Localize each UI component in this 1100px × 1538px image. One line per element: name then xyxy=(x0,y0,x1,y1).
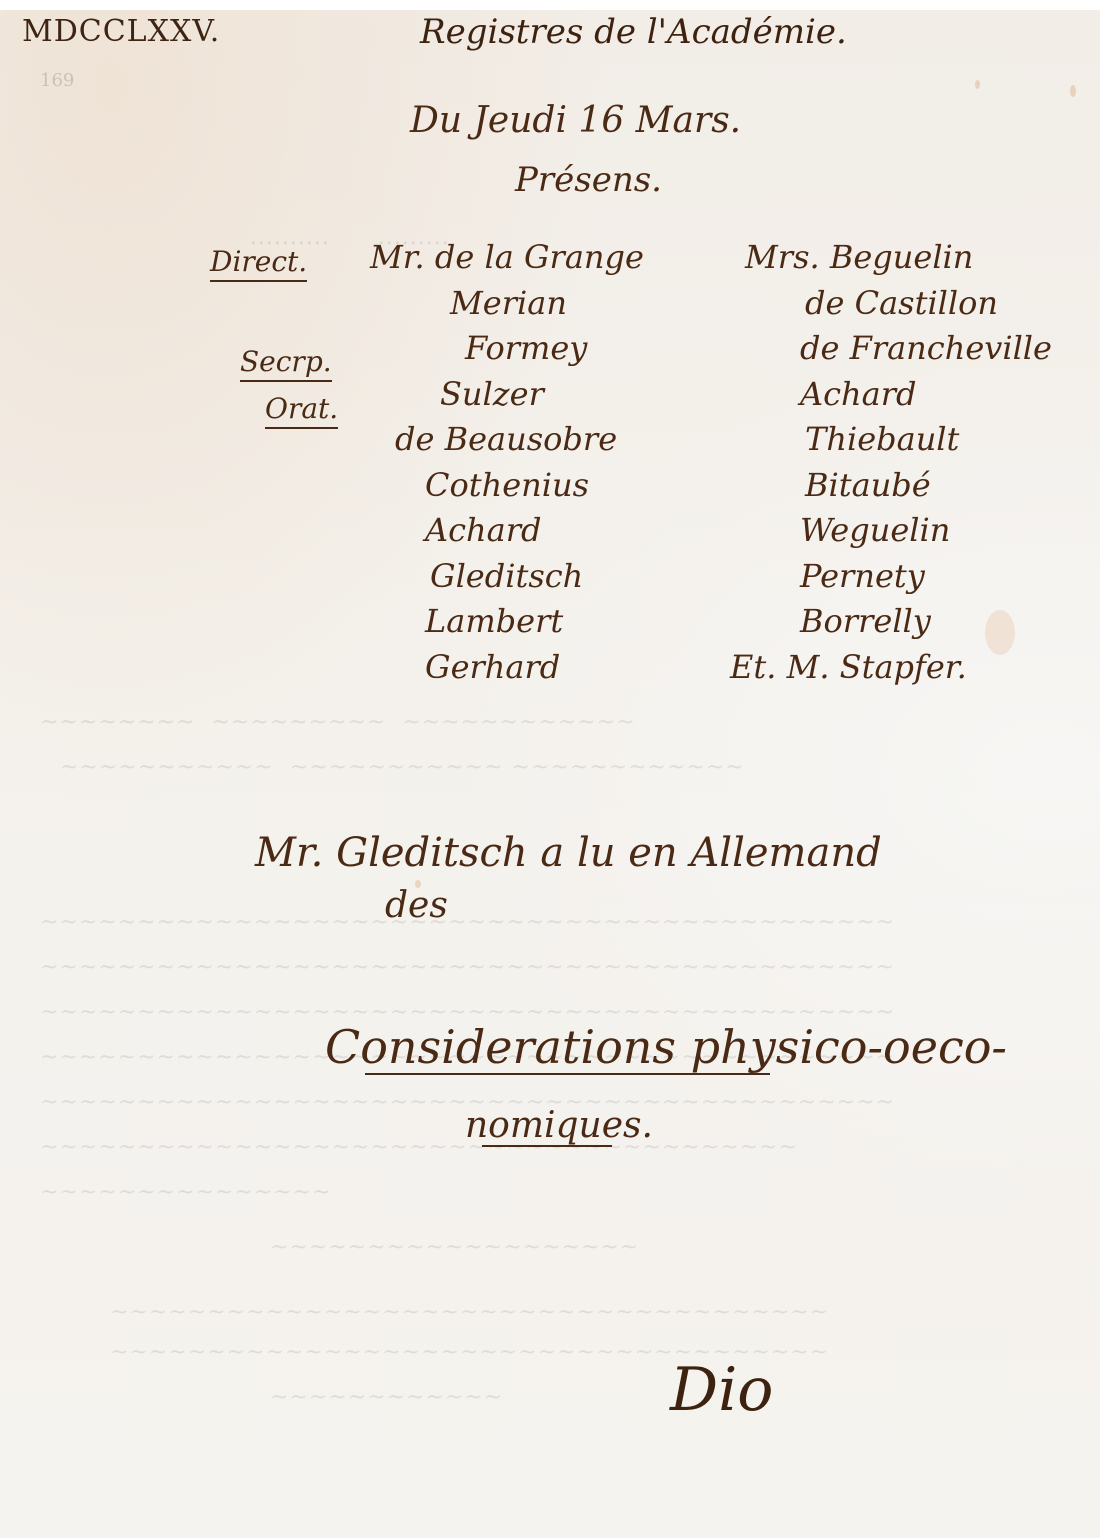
role-secretary-label: Secrp. xyxy=(240,345,332,382)
attendee: Achard xyxy=(745,372,1052,418)
attendee: Sulzer xyxy=(370,372,644,418)
foxing-stain xyxy=(1070,85,1076,97)
attendee: Thiebault xyxy=(745,417,1052,463)
bleed-through-text: ~~~~~~~~~~~~~~~~~~~~~~~~~~~~~~~~~~~~~ xyxy=(110,1300,829,1325)
attendee: Mr. de la Grange xyxy=(370,235,644,281)
attendee: de Beausobre xyxy=(370,417,644,463)
bleed-through-text: ~~~~~~~~~~~ ~~~~~~~~~~~ ~~~~~~~~~~~~ xyxy=(60,755,745,780)
attendee: Bitaubé xyxy=(745,463,1052,509)
foxing-stain xyxy=(975,80,980,89)
attendee: Formey xyxy=(370,326,644,372)
paper-title-line2: nomiques. xyxy=(465,1105,653,1146)
faint-page-number: 169 xyxy=(40,70,74,91)
signature: Dio xyxy=(670,1355,773,1425)
paper-title-underline xyxy=(482,1145,612,1147)
meeting-date: Du Jeudi 16 Mars. xyxy=(410,100,741,141)
attendee: Achard xyxy=(370,508,644,554)
attendee: Cothenius xyxy=(370,463,644,509)
proceedings-line: Mr. Gleditsch a lu en Allemand xyxy=(255,830,882,876)
bleed-through-text: ~~~~~~~~~~~~~~~~~~~ xyxy=(270,1235,639,1260)
paper-title-line1: Considerations physico-oeco- xyxy=(325,1020,1007,1074)
role-secretary: Secrp. xyxy=(240,345,332,378)
attendees-left-column: Mr. de la Grange Merian Formey Sulzer de… xyxy=(370,235,644,690)
attendee: Mrs. Beguelin xyxy=(745,235,1052,281)
bleed-through-text: ~~~~~~~~~~~~~~~~~~~~~~~~~~~~~~~~~~~~~~~ xyxy=(40,1135,798,1160)
role-orator-label: Orat. xyxy=(265,392,338,429)
role-director: Direct. xyxy=(210,245,307,278)
bleed-through-text: ~~~~~~~~~~~~~~~ xyxy=(40,1180,332,1205)
paper-title-underline xyxy=(365,1073,770,1075)
attendee: Weguelin xyxy=(745,508,1052,554)
bleed-through-text: ~~~~~~~~~~~~ xyxy=(270,1385,503,1410)
attendee: de Francheville xyxy=(745,326,1052,372)
attendees-right-column: Mrs. Beguelin de Castillon de Franchevil… xyxy=(745,235,1052,690)
attendee: Gerhard xyxy=(370,645,644,691)
attendee: Borrelly xyxy=(745,599,1052,645)
bleed-through-text: ~~~~~~~~~~~~~~~~~~~~~~~~~~~~~~~~~~~~~~~~… xyxy=(40,955,895,980)
attendee: Pernety xyxy=(745,554,1052,600)
role-orator: Orat. xyxy=(265,392,338,425)
attendee: Gleditsch xyxy=(370,554,644,600)
role-director-label: Direct. xyxy=(210,245,307,282)
bleed-through-text: ~~~~~~~~ ~~~~~~~~~ ~~~~~~~~~~~~ xyxy=(40,710,636,735)
presens-label: Présens. xyxy=(515,160,662,200)
proceedings-des: des xyxy=(385,885,448,926)
year-heading: MDCCLXXV. xyxy=(22,14,220,49)
attendee: Merian xyxy=(370,281,644,327)
register-title: Registres de l'Académie. xyxy=(420,12,847,52)
attendee: Lambert xyxy=(370,599,644,645)
bleed-through-text: ~~~~~~~~~~~~~~~~~~~~~~~~~~~~~~~~~~~~~~~~… xyxy=(40,910,895,935)
attendee: de Castillon xyxy=(745,281,1052,327)
attendee: Et. M. Stapfer. xyxy=(730,645,1052,691)
